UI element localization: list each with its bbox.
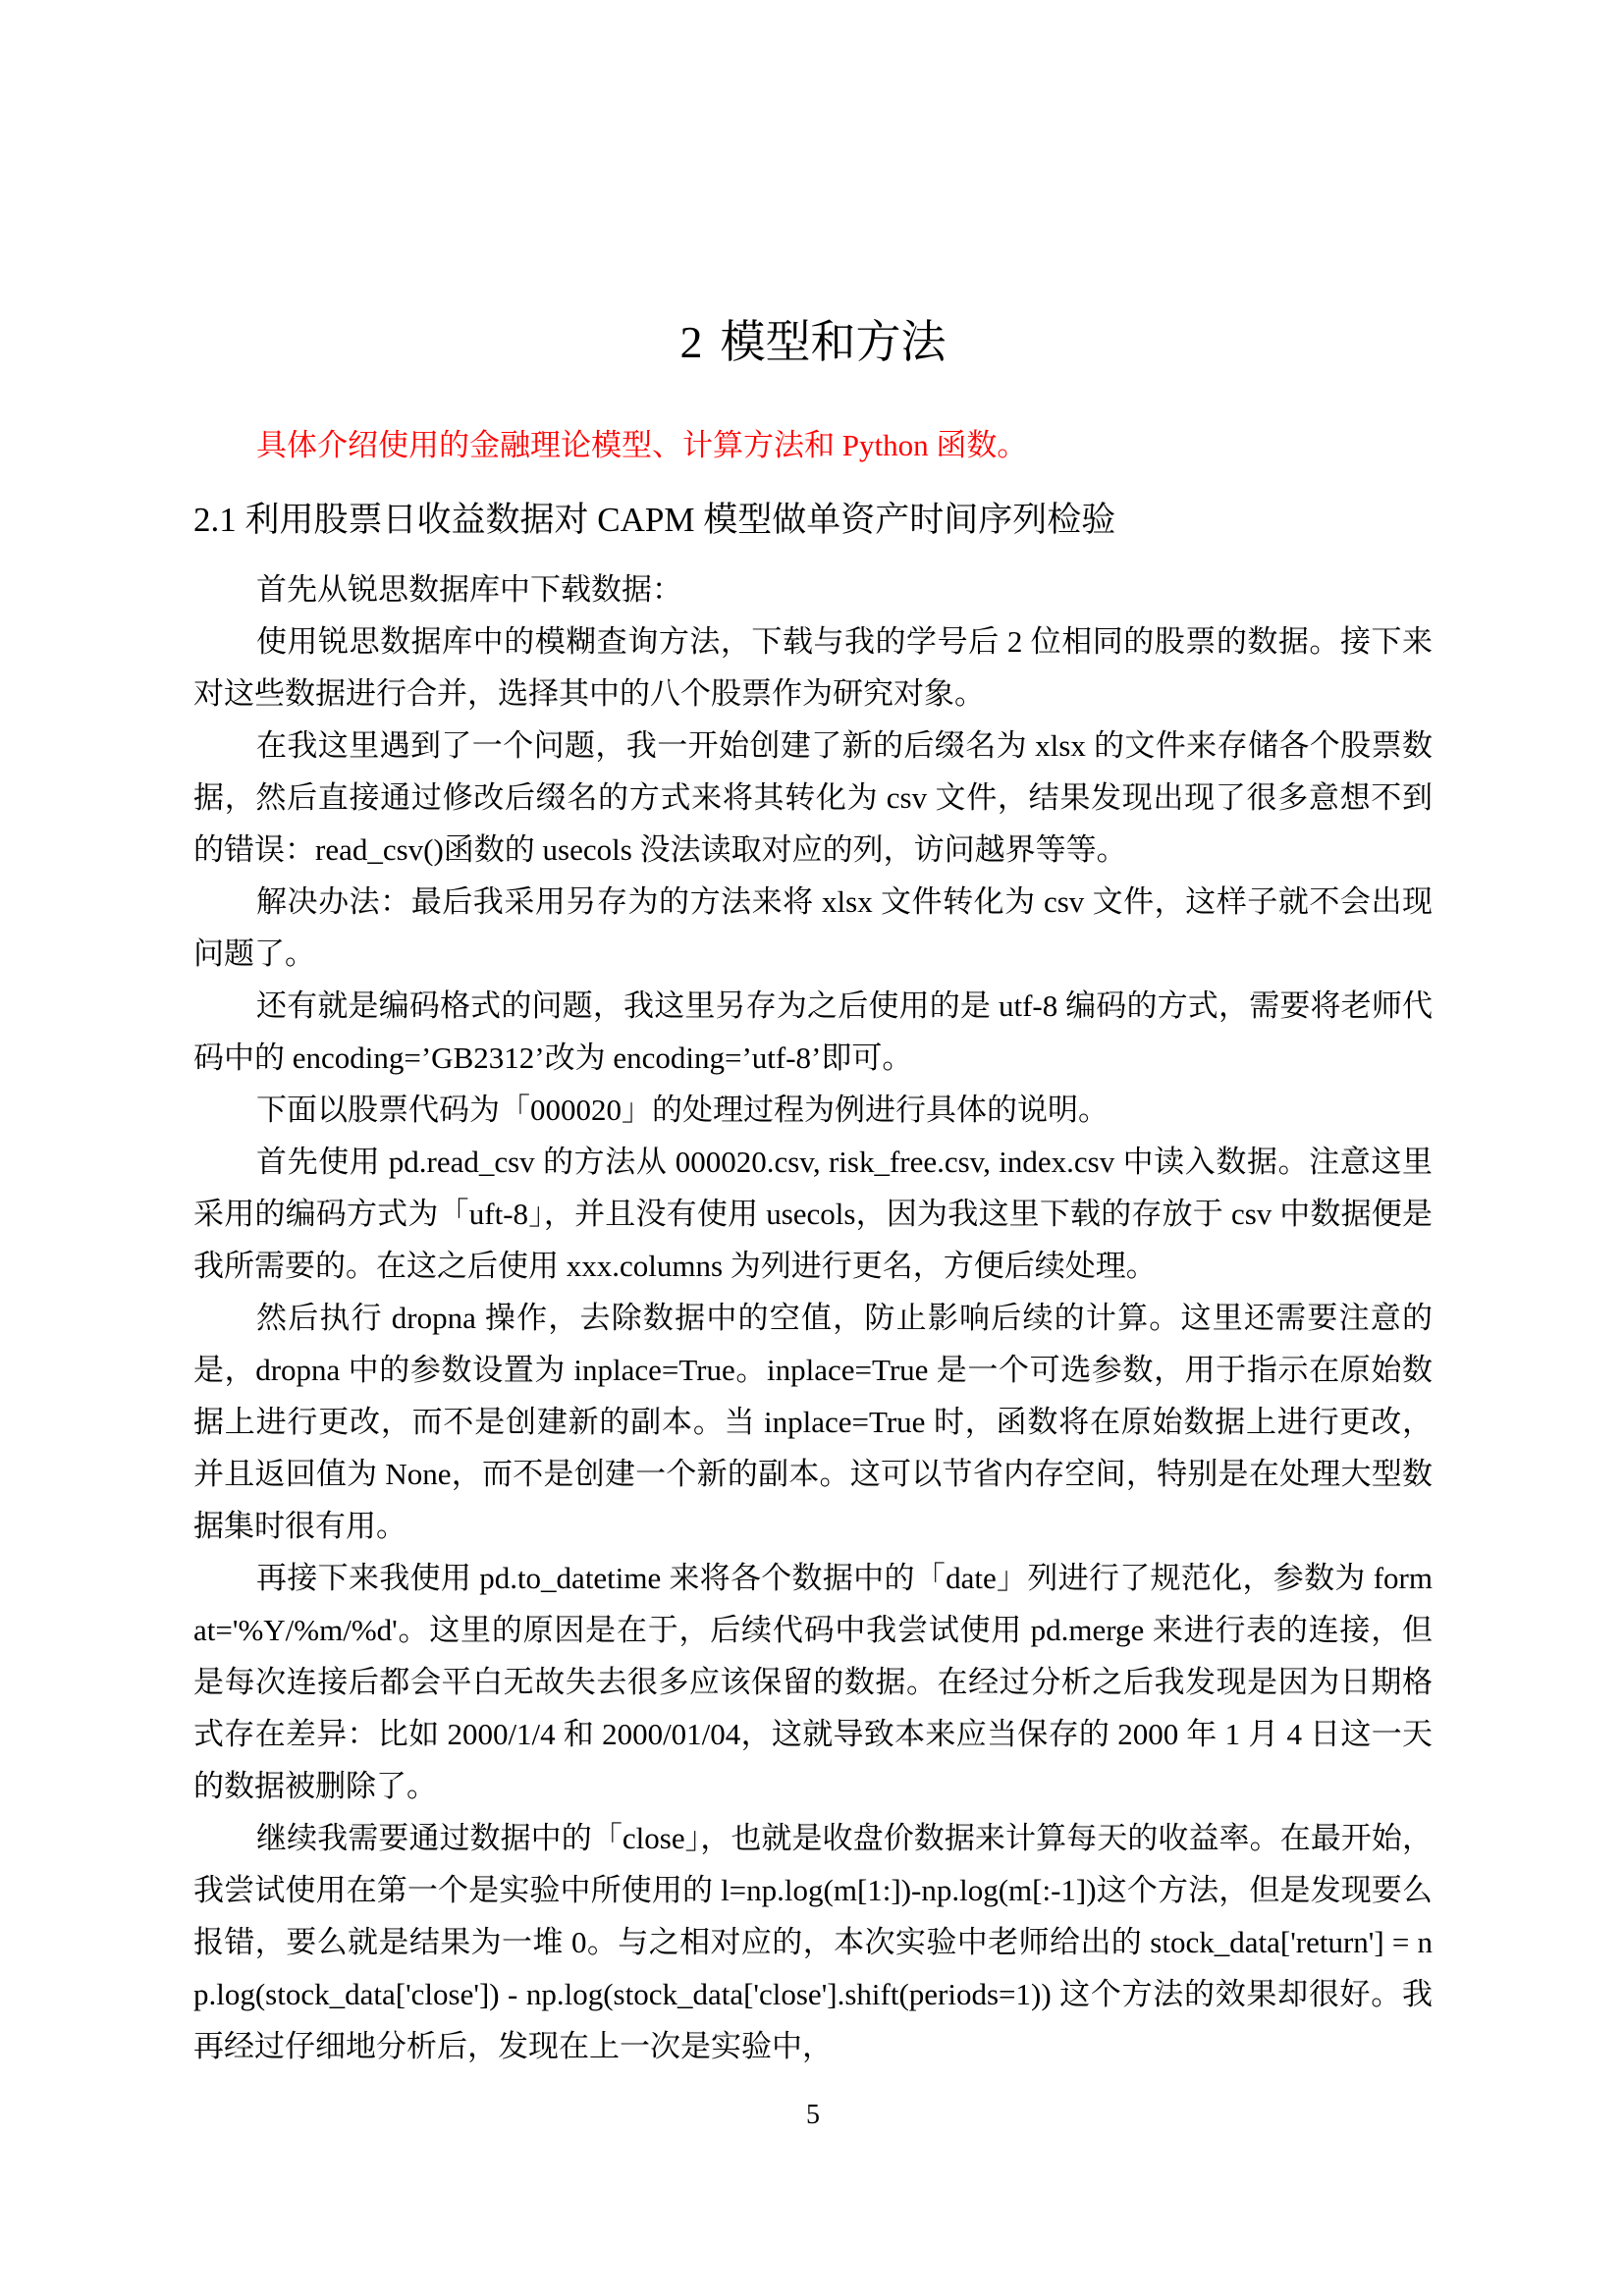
paragraph: 然后执行 dropna 操作，去除数据中的空值，防止影响后续的计算。这里还需要注… — [193, 1292, 1433, 1552]
chapter-title: 2模型和方法 — [193, 312, 1433, 372]
chapter-number: 2 — [680, 317, 703, 367]
paragraph: 在我这里遇到了一个问题，我一开始创建了新的后缀名为 xlsx 的文件来存储各个股… — [193, 720, 1433, 876]
paragraph: 解决办法：最后我采用另存为的方法来将 xlsx 文件转化为 csv 文件，这样子… — [193, 876, 1433, 980]
chapter-title-text: 模型和方法 — [721, 315, 947, 368]
section-number: 2.1 — [193, 501, 237, 539]
paragraph: 使用锐思数据库中的模糊查询方法，下载与我的学号后 2 位相同的股票的数据。接下来… — [193, 615, 1433, 720]
paragraph: 首先使用 pd.read_csv 的方法从 000020.csv, risk_f… — [193, 1136, 1433, 1292]
paragraph: 继续我需要通过数据中的「close」，也就是收盘价数据来计算每天的收益率。在最开… — [193, 1812, 1433, 2072]
paragraph: 还有就是编码格式的问题，我这里另存为之后使用的是 utf-8 编码的方式，需要将… — [193, 980, 1433, 1084]
body-text: 首先从锐思数据库中下载数据： 使用锐思数据库中的模糊查询方法，下载与我的学号后 … — [193, 563, 1433, 2072]
section-title: 利用股票日收益数据对 CAPM 模型做单资产时间序列检验 — [245, 501, 1116, 539]
paragraph: 再接下来我使用 pd.to_datetime 来将各个数据中的「date」列进行… — [193, 1552, 1433, 1812]
instruction-note: 具体介绍使用的金融理论模型、计算方法和 Python 函数。 — [193, 424, 1433, 467]
section-heading: 2.1 利用股票日收益数据对 CAPM 模型做单资产时间序列检验 — [193, 496, 1433, 545]
paragraph: 下面以股票代码为「000020」的处理过程为例进行具体的说明。 — [193, 1084, 1433, 1136]
page-number: 5 — [193, 2096, 1433, 2135]
paragraph: 首先从锐思数据库中下载数据： — [193, 563, 1433, 615]
